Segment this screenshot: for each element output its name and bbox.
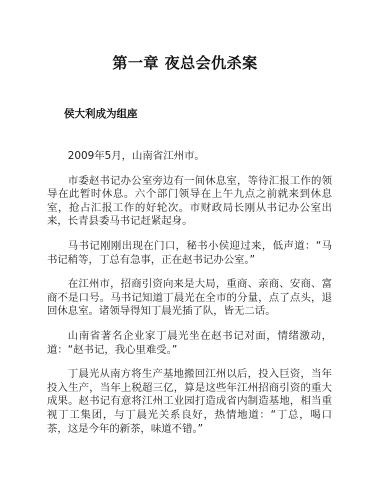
chapter-title: 第一章 夜总会仇杀案 bbox=[0, 52, 370, 73]
paragraph: 在江州市，招商引资向来是大局，重商、亲商、安商、富商不是口号。马书记知道丁晨光在… bbox=[47, 278, 332, 319]
paragraph: 丁晨光从南方将生产基地搬回江州以后，投入巨资，当年投入生产，当年上税超三亿，算是… bbox=[47, 368, 332, 436]
paragraph: 市委赵书记办公室旁边有一间休息室，等待汇报工作的领导在此暂时休息。六个部门领导在… bbox=[47, 175, 332, 229]
chapter-body: 2009年5月，山南省江州市。 市委赵书记办公室旁边有一间休息室，等待汇报工作的… bbox=[47, 150, 332, 447]
paragraph: 2009年5月，山南省江州市。 bbox=[47, 150, 332, 164]
document-page: 第一章 夜总会仇杀案 侯大利成为组座 2009年5月，山南省江州市。 市委赵书记… bbox=[0, 0, 370, 480]
paragraph: 山南省著名企业家丁晨光坐在赵书记对面，情绪激动，道：“赵书记，我心里难受。” bbox=[47, 330, 332, 357]
paragraph: 马书记刚刚出现在门口，秘书小侯迎过来，低声道：“马书记稍等，丁总有急事，正在赵书… bbox=[47, 240, 332, 267]
section-title: 侯大利成为组座 bbox=[64, 106, 138, 121]
